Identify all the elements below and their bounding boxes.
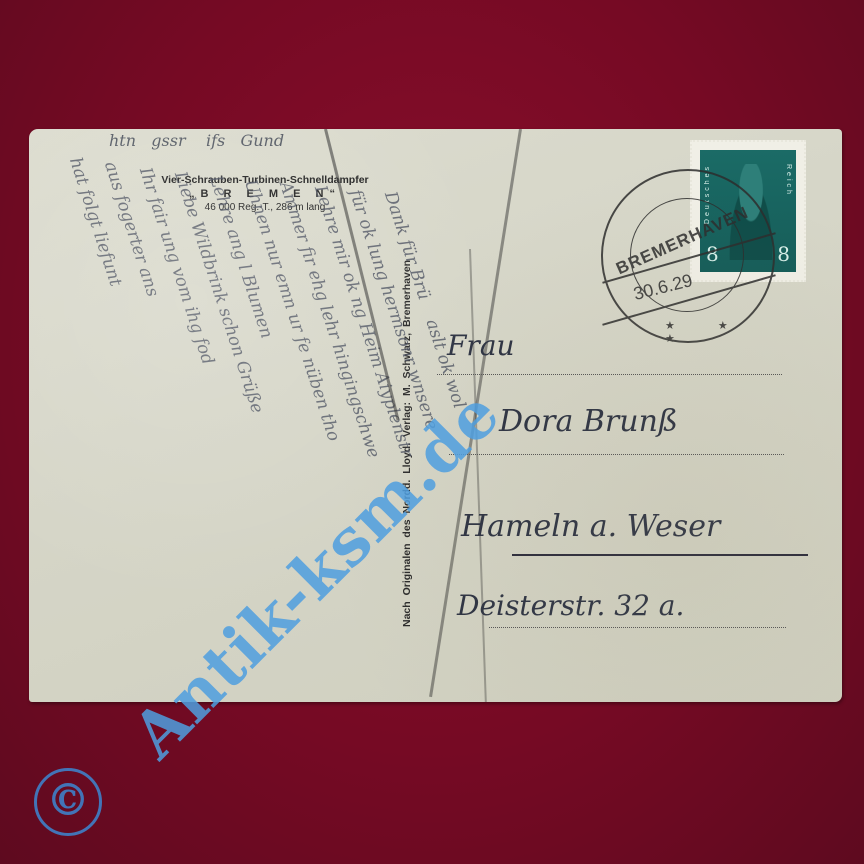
- postmark-stars: ★ ★ ★: [665, 319, 773, 345]
- address-name: Dora Brunß: [499, 404, 678, 439]
- address-street: Deisterstr. 32 a.: [457, 589, 684, 622]
- address-line: [437, 374, 782, 375]
- ink-streak: [469, 249, 487, 702]
- message-top-line: htn gssr ifs Gund: [109, 131, 284, 150]
- address-line: [489, 627, 786, 628]
- address-city: Hameln a. Weser: [461, 509, 720, 544]
- address-city-underline: [512, 554, 808, 556]
- copyright-icon: ©: [34, 768, 102, 836]
- stamp-country-right: Reich: [785, 164, 792, 197]
- address-salutation: Frau: [447, 329, 515, 362]
- address-line: [449, 454, 784, 455]
- stamp-value-right: 8: [777, 242, 790, 266]
- postmark: BREMERHAVEN 30.6.29 ★ ★ ★: [601, 169, 775, 343]
